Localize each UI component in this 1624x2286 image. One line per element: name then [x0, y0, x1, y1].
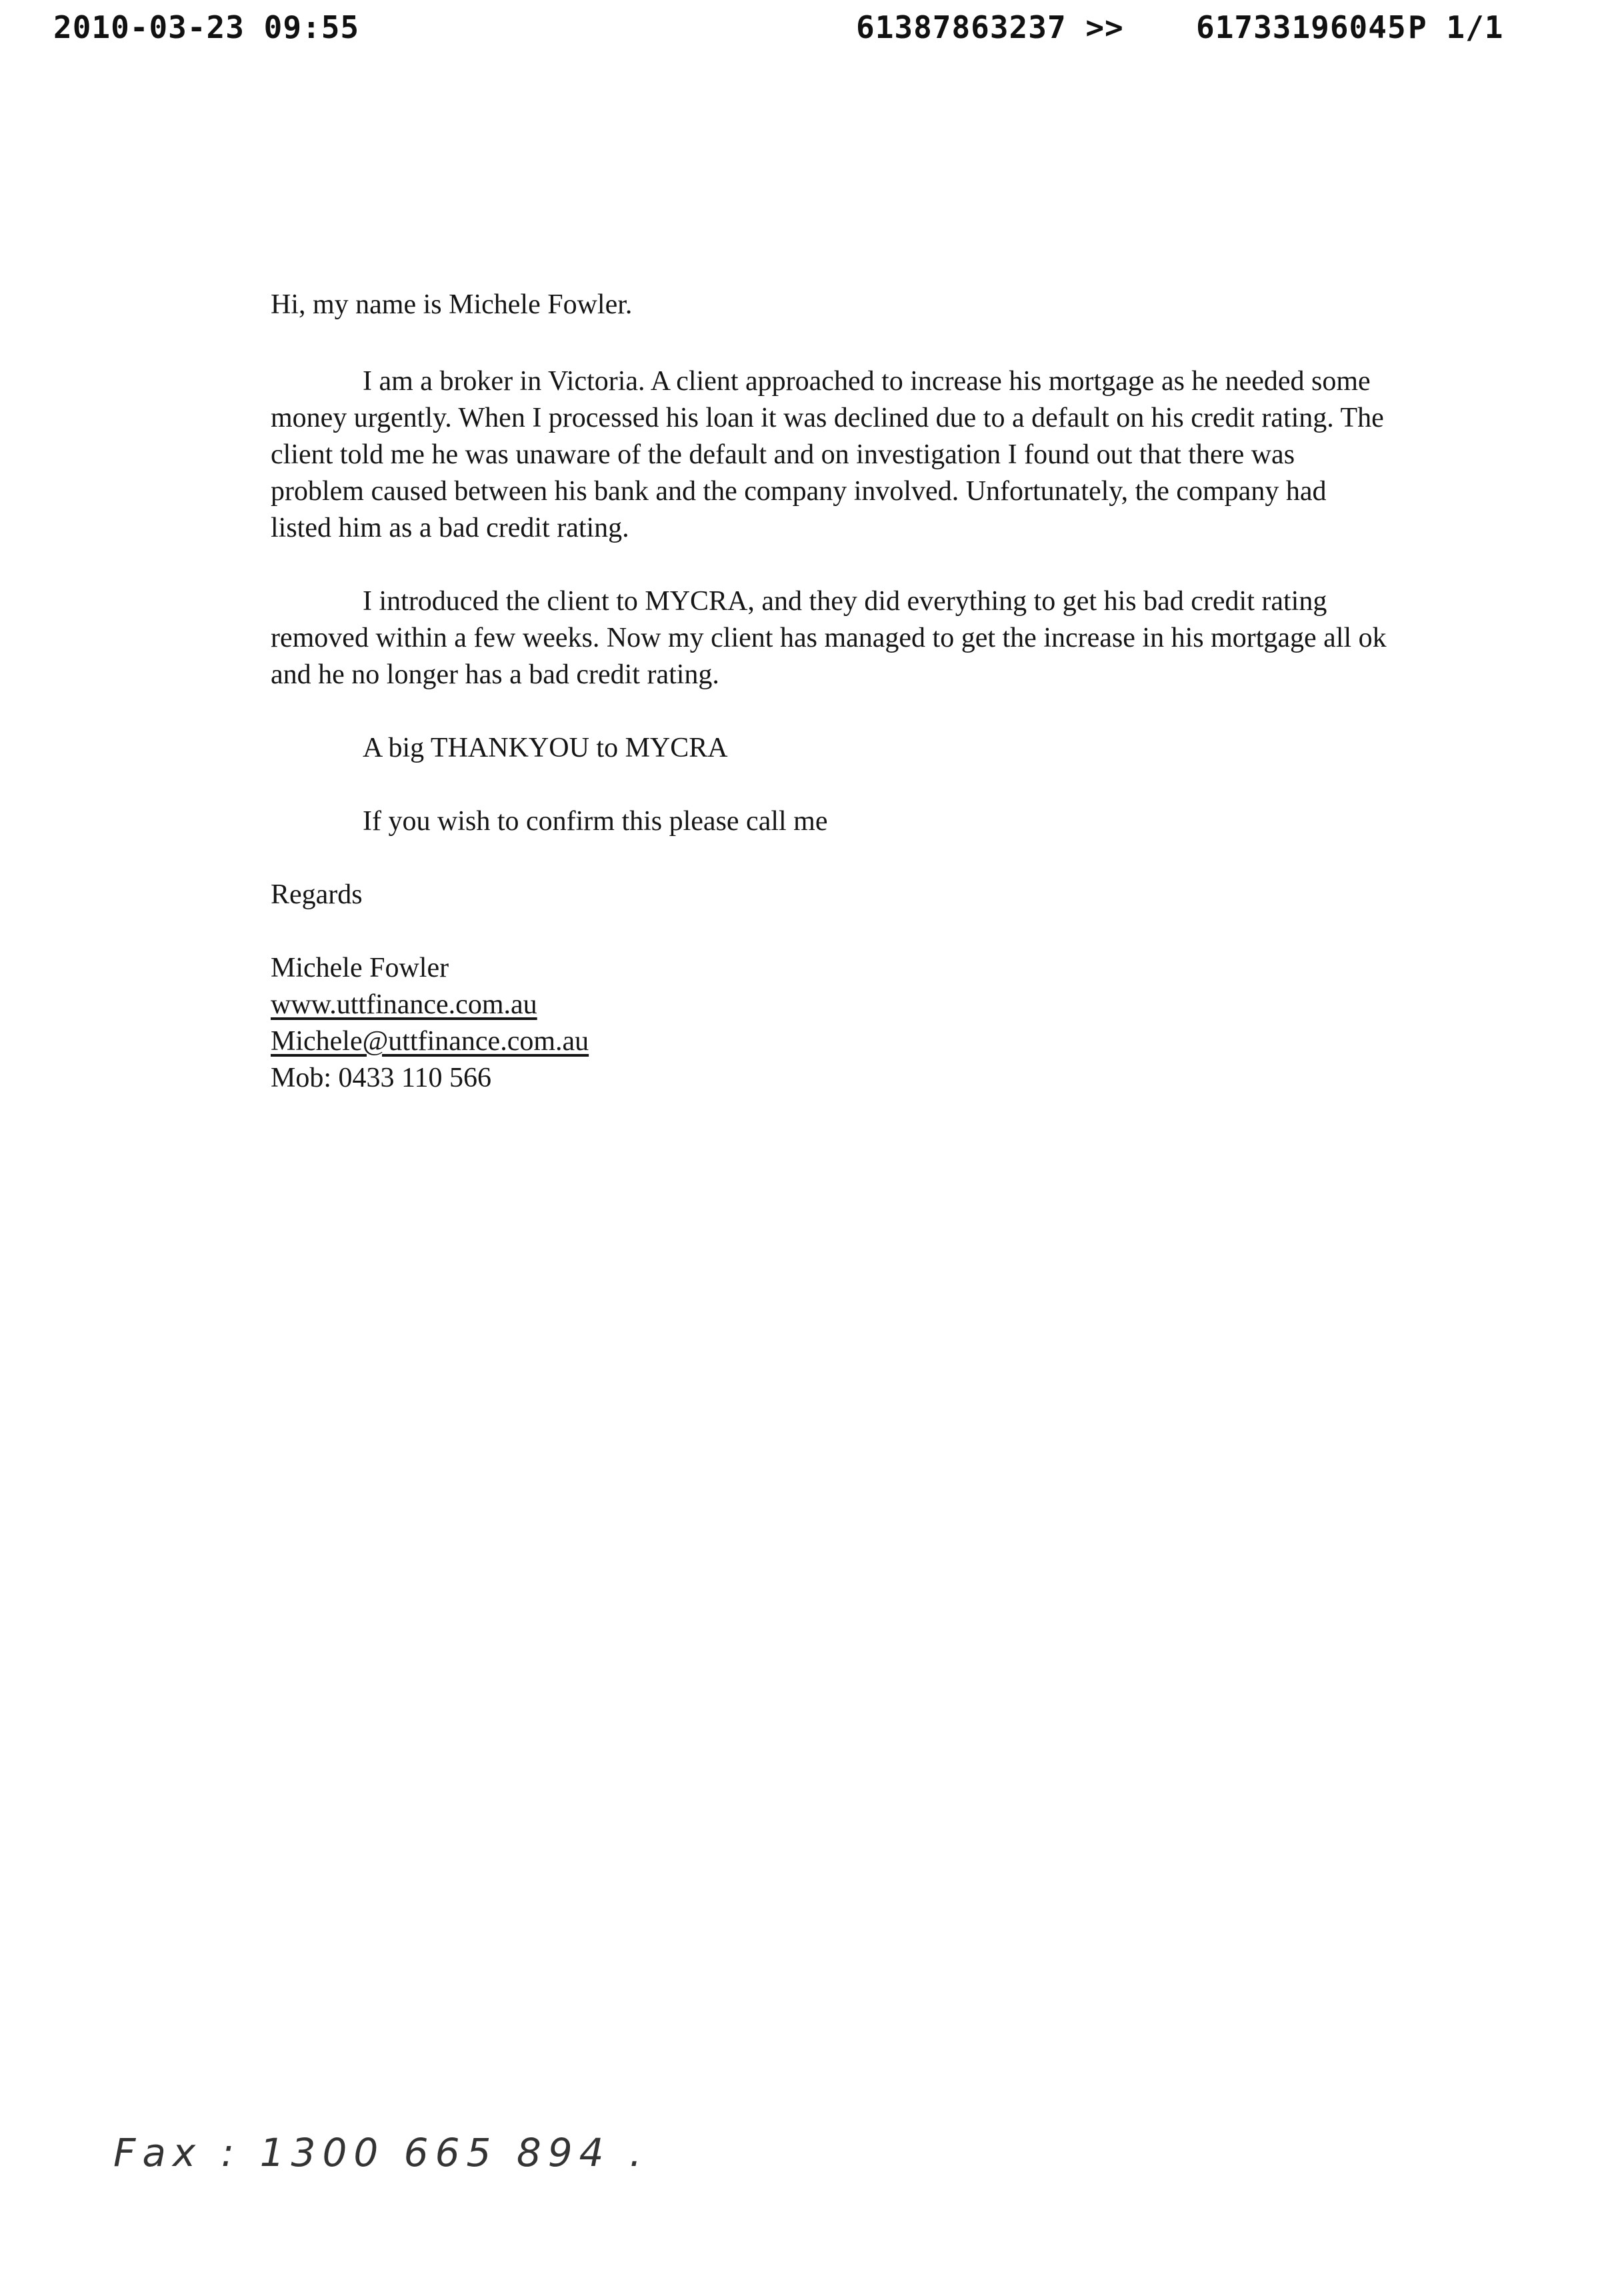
- closing: Regards: [271, 877, 1391, 913]
- paragraph-2: I introduced the client to MYCRA, and th…: [271, 583, 1391, 693]
- mobile-number: Mob: 0433 110 566: [271, 1060, 1391, 1097]
- signature-block: Michele Fowler www.uttfinance.com.au Mic…: [271, 950, 1391, 1097]
- fax-datetime: 2010-03-23 09:55: [53, 9, 359, 45]
- thanks-line: A big THANKYOU to MYCRA: [271, 730, 1391, 767]
- signature-name: Michele Fowler: [271, 950, 1391, 987]
- fax-sender-number: 61387863237 >>: [856, 9, 1124, 45]
- website-link[interactable]: www.uttfinance.com.au: [271, 989, 537, 1020]
- fax-page-count: P 1/1: [1408, 9, 1503, 45]
- greeting: Hi, my name is Michele Fowler.: [271, 287, 1391, 323]
- paragraph-1: I am a broker in Victoria. A client appr…: [271, 363, 1391, 547]
- letter-body: Hi, my name is Michele Fowler. I am a br…: [271, 287, 1391, 1097]
- confirm-line: If you wish to confirm this please call …: [271, 803, 1391, 840]
- fax-recipient-number: 61733196045: [1196, 9, 1407, 45]
- fax-header: 2010-03-23 09:55 61387863237 >> 61733196…: [0, 9, 1624, 49]
- handwritten-fax-number: Fax : 1300 665 894 .: [113, 2130, 648, 2175]
- email-link[interactable]: Michele@uttfinance.com.au: [271, 1026, 589, 1057]
